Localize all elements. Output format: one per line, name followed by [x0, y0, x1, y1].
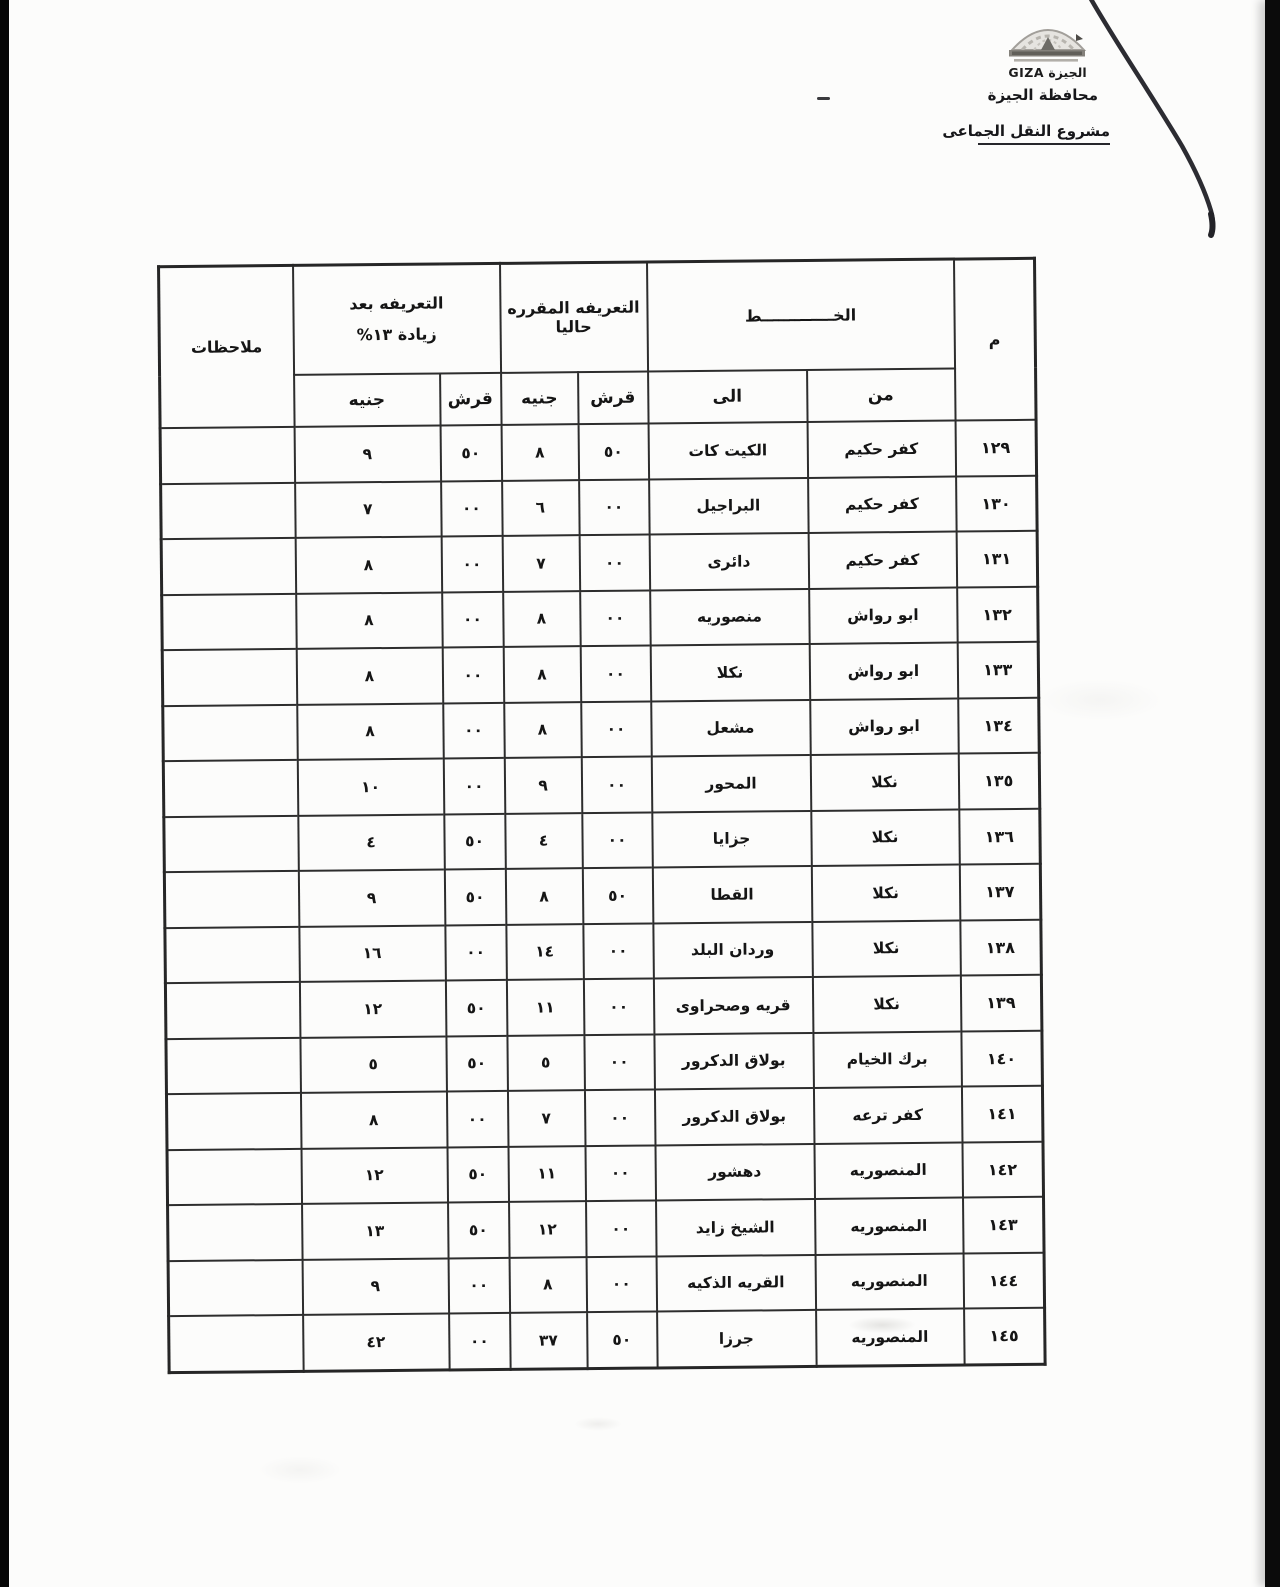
- table-row: ١٤٤ المنصوريه القريه الذكيه ٠٠ ٨ ٠٠ ٩: [168, 1252, 1044, 1316]
- notes-cell: [163, 704, 298, 761]
- from-cell: المنصوريه: [815, 1253, 964, 1310]
- from-cell: كفر حكيم: [808, 476, 957, 533]
- dash-mark: [817, 97, 830, 100]
- row-number-cell: ١٣١: [956, 531, 1038, 587]
- row-number-cell: ١٣٣: [957, 642, 1039, 698]
- governorate-title: محافظة الجيزة: [988, 86, 1098, 104]
- to-cell: البراجيل: [649, 477, 809, 534]
- current-pound-cell: ٧: [502, 535, 580, 591]
- new-pound-cell: ٩: [294, 425, 441, 482]
- table-row: ١٣٦ نكلا جزايا ٠٠ ٤ ٥٠ ٤: [164, 808, 1040, 872]
- current-pound-cell: ٨: [503, 591, 581, 647]
- new-qirsh-cell: ٠٠: [445, 924, 507, 980]
- table-row: ١٤١ كفر ترعه بولاق الدكرور ٠٠ ٧ ٠٠ ٨: [166, 1086, 1042, 1150]
- new-pound-cell: ١٣: [302, 1202, 449, 1259]
- new-qirsh-cell: ٠٠: [443, 758, 505, 814]
- notes-cell: [163, 760, 298, 817]
- current-pound-cell: ٨: [501, 424, 579, 480]
- to-cell: جرزا: [657, 1310, 817, 1368]
- to-cell: الشيخ زايد: [656, 1199, 816, 1256]
- new-qirsh-cell: ٠٠: [442, 647, 504, 703]
- current-pound-cell: ٣٧: [510, 1312, 588, 1369]
- from-cell: نكلا: [812, 976, 961, 1033]
- from-cell: ابو رواش: [810, 698, 959, 755]
- table-row: ١٣٩ نكلا قريه وصحراوى ٠٠ ١١ ٥٠ ١٢: [165, 975, 1041, 1039]
- notes-cell: [168, 1259, 303, 1316]
- current-qirsh-cell: ٠٠: [583, 923, 654, 979]
- header-qirsh-new: قرش: [440, 373, 501, 426]
- table-row: ١٤٢ المنصوريه دهشور ٠٠ ١١ ٥٠ ١٢: [167, 1141, 1043, 1205]
- current-pound-cell: ٨: [505, 868, 583, 924]
- current-qirsh-cell: ٥٠: [582, 867, 653, 923]
- header-notes: ملاحظات: [159, 265, 295, 428]
- new-pound-cell: ٤٢: [303, 1313, 450, 1370]
- table-row: ١٣١ كفر حكيم دائرى ٠٠ ٧ ٠٠ ٨: [161, 531, 1037, 595]
- new-pound-cell: ٨: [300, 1091, 447, 1148]
- new-pound-cell: ٨: [297, 703, 444, 760]
- header-no: م: [953, 258, 1036, 420]
- table-row: ١٣٠ كفر حكيم البراجيل ٠٠ ٦ ٠٠ ٧: [161, 475, 1037, 539]
- current-qirsh-cell: ٠٠: [582, 812, 653, 868]
- header-from: من: [807, 369, 955, 422]
- row-number-cell: ١٣٨: [960, 919, 1042, 975]
- new-pound-cell: ٤: [298, 814, 445, 871]
- row-number-cell: ١٤٥: [964, 1308, 1046, 1365]
- new-pound-cell: ١٢: [299, 980, 446, 1037]
- new-pound-cell: ٨: [296, 647, 443, 704]
- fare-table: م الخـــــــــــــط التعريفه المقرره حال…: [157, 257, 1047, 1374]
- row-number-cell: ١٣٧: [959, 864, 1041, 920]
- notes-cell: [166, 1037, 301, 1094]
- new-qirsh-cell: ٥٠: [444, 869, 506, 925]
- current-pound-cell: ١٤: [506, 924, 584, 980]
- notes-cell: [165, 926, 300, 983]
- to-cell: نكلا: [650, 644, 810, 701]
- header-new-tariff-line2: زيادة ١٣%: [296, 324, 497, 344]
- header-to: الى: [648, 370, 807, 424]
- current-qirsh-cell: ٠٠: [579, 479, 650, 535]
- notes-cell: [166, 1093, 301, 1150]
- current-qirsh-cell: ٠٠: [579, 534, 650, 590]
- to-cell: مشعل: [651, 699, 811, 756]
- row-number-cell: ١٤١: [961, 1086, 1043, 1142]
- current-qirsh-cell: ٠٠: [585, 1145, 656, 1201]
- row-number-cell: ١٢٩: [955, 420, 1037, 476]
- current-pound-cell: ١١: [508, 1146, 586, 1202]
- table-row: ١٣٧ نكلا القطا ٥٠ ٨ ٥٠ ٩: [164, 864, 1040, 928]
- from-cell: كفر ترعه: [813, 1087, 962, 1144]
- scan-edge-left: [0, 0, 9, 1587]
- notes-cell: [162, 649, 297, 706]
- new-qirsh-cell: ٥٠: [448, 1202, 510, 1258]
- new-qirsh-cell: ٥٠: [447, 1146, 509, 1202]
- new-qirsh-cell: ٠٠: [446, 1091, 508, 1147]
- new-qirsh-cell: ٥٠: [440, 425, 502, 481]
- new-qirsh-cell: ٠٠: [441, 480, 503, 536]
- row-number-cell: ١٤٣: [963, 1197, 1045, 1253]
- notes-cell: [164, 871, 299, 928]
- new-qirsh-cell: ٠٠: [442, 591, 504, 647]
- new-qirsh-cell: ٥٠: [444, 813, 506, 869]
- to-cell: دهشور: [655, 1143, 815, 1200]
- table-row: ١٣٨ نكلا وردان البلد ٠٠ ١٤ ٠٠ ١٦: [165, 919, 1041, 983]
- giza-logo-icon: [1004, 10, 1092, 64]
- new-pound-cell: ٥: [300, 1036, 447, 1093]
- current-qirsh-cell: ٠٠: [580, 590, 651, 646]
- notes-cell: [162, 593, 297, 650]
- row-number-cell: ١٤٢: [962, 1141, 1044, 1197]
- new-qirsh-cell: ٠٠: [441, 536, 503, 592]
- from-cell: نكلا: [811, 809, 960, 866]
- current-qirsh-cell: ٠٠: [584, 1089, 655, 1145]
- to-cell: بولاق الدكرور: [654, 1088, 814, 1145]
- logo-caption: الجيزة GIZA: [985, 65, 1110, 80]
- current-pound-cell: ٦: [502, 480, 580, 536]
- current-qirsh-cell: ٠٠: [584, 1034, 655, 1090]
- new-qirsh-cell: ٠٠: [448, 1257, 510, 1313]
- from-cell: المنصوريه: [815, 1198, 964, 1255]
- from-cell: المنصوريه: [814, 1142, 963, 1199]
- notes-cell: [160, 427, 295, 484]
- new-pound-cell: ٩: [302, 1258, 449, 1315]
- new-pound-cell: ١٠: [297, 758, 444, 815]
- table-row: ١٣٢ ابو رواش منصوريه ٠٠ ٨ ٠٠ ٨: [162, 586, 1038, 650]
- from-cell: كفر حكيم: [808, 532, 957, 589]
- header-pound-current: جنيه: [501, 372, 578, 425]
- header-pound-new: جنيه: [294, 373, 440, 426]
- row-number-cell: ١٤٠: [961, 1030, 1043, 1086]
- current-pound-cell: ٧: [507, 1090, 585, 1146]
- current-pound-cell: ٨: [504, 702, 582, 758]
- new-qirsh-cell: ٠٠: [449, 1313, 511, 1370]
- row-number-cell: ١٤٤: [963, 1252, 1045, 1308]
- current-qirsh-cell: ٠٠: [586, 1200, 657, 1256]
- new-pound-cell: ٨: [296, 592, 443, 649]
- new-pound-cell: ٨: [295, 536, 442, 593]
- giza-stamp: الجيزة GIZA: [985, 10, 1110, 80]
- row-number-cell: ١٣٩: [960, 975, 1042, 1031]
- table-row: ١٤٠ برك الخيام بولاق الدكرور ٠٠ ٥ ٥٠ ٥: [166, 1030, 1042, 1094]
- row-number-cell: ١٣٠: [956, 475, 1038, 531]
- scanned-page: { "page": { "logo_caption": "الجيزة GIZA…: [0, 0, 1280, 1587]
- to-cell: وردان البلد: [653, 921, 813, 978]
- new-pound-cell: ١٦: [299, 925, 446, 982]
- row-number-cell: ١٣٦: [959, 808, 1041, 864]
- to-cell: منصوريه: [650, 588, 810, 645]
- current-pound-cell: ٩: [504, 757, 582, 813]
- table-row: ١٣٣ ابو رواش نكلا ٠٠ ٨ ٠٠ ٨: [162, 642, 1038, 706]
- to-cell: القطا: [652, 866, 812, 923]
- row-number-cell: ١٣٢: [957, 586, 1039, 642]
- new-qirsh-cell: ٥٠: [445, 980, 507, 1036]
- to-cell: المحور: [651, 755, 811, 812]
- current-qirsh-cell: ٠٠: [583, 978, 654, 1034]
- notes-cell: [164, 815, 299, 872]
- header-current-tariff: التعريفه المقرره حاليا: [500, 262, 648, 373]
- row-number-cell: ١٣٤: [958, 697, 1040, 753]
- to-cell: الكيت كات: [648, 422, 808, 479]
- current-qirsh-cell: ٠٠: [586, 1256, 657, 1312]
- from-cell: المنصوريه: [816, 1309, 965, 1366]
- notes-cell: [167, 1148, 302, 1205]
- header-current-tariff-line2: حاليا: [503, 317, 644, 337]
- current-pound-cell: ١٢: [509, 1201, 587, 1257]
- new-qirsh-cell: ٠٠: [443, 702, 505, 758]
- from-cell: برك الخيام: [813, 1031, 962, 1088]
- current-qirsh-cell: ٠٠: [580, 645, 651, 701]
- to-cell: قريه وصحراوى: [653, 977, 813, 1034]
- from-cell: كفر حكيم: [807, 421, 956, 478]
- new-pound-cell: ٩: [298, 869, 445, 926]
- to-cell: بولاق الدكرور: [654, 1032, 814, 1089]
- table-row: ١٤٣ المنصوريه الشيخ زايد ٠٠ ١٢ ٥٠ ١٣: [168, 1197, 1044, 1261]
- notes-cell: [161, 482, 296, 539]
- current-qirsh-cell: ٥٠: [587, 1311, 658, 1368]
- table-row: ١٢٩ كفر حكيم الكيت كات ٥٠ ٨ ٥٠ ٩: [160, 420, 1036, 484]
- current-pound-cell: ١١: [506, 979, 584, 1035]
- current-qirsh-cell: ٠٠: [581, 701, 652, 757]
- current-pound-cell: ٨: [503, 646, 581, 702]
- header-qirsh-current: قرش: [578, 372, 648, 425]
- notes-cell: [168, 1204, 303, 1261]
- new-pound-cell: ١٢: [301, 1147, 448, 1204]
- from-cell: نكلا: [810, 754, 959, 811]
- to-cell: جزايا: [652, 810, 812, 867]
- table-row: ١٤٥ المنصوريه جرزا ٥٠ ٣٧ ٠٠ ٤٢: [169, 1308, 1045, 1372]
- to-cell: دائرى: [649, 533, 809, 590]
- fare-table-body: ١٢٩ كفر حكيم الكيت كات ٥٠ ٨ ٥٠ ٩ ١٣٠ كفر…: [160, 420, 1045, 1372]
- notes-cell: [169, 1315, 304, 1372]
- current-pound-cell: ٨: [509, 1257, 587, 1313]
- current-qirsh-cell: ٥٠: [578, 423, 649, 479]
- from-cell: نكلا: [812, 920, 961, 977]
- header-new-tariff: التعريفه بعد زيادة ١٣%: [293, 263, 501, 374]
- current-pound-cell: ٤: [505, 813, 583, 869]
- row-number-cell: ١٣٥: [958, 753, 1040, 809]
- table-row: ١٣٥ نكلا المحور ٠٠ ٩ ٠٠ ١٠: [163, 753, 1039, 817]
- fare-table-wrapper: م الخـــــــــــــط التعريفه المقرره حال…: [157, 257, 1044, 1374]
- current-pound-cell: ٥: [507, 1035, 585, 1091]
- new-pound-cell: ٧: [295, 481, 442, 538]
- from-cell: نكلا: [811, 865, 960, 922]
- header-new-tariff-line1: التعريفه بعد: [296, 294, 497, 314]
- new-qirsh-cell: ٥٠: [446, 1035, 508, 1091]
- from-cell: ابو رواش: [809, 587, 958, 644]
- from-cell: ابو رواش: [809, 643, 958, 700]
- to-cell: القريه الذكيه: [656, 1254, 816, 1311]
- notes-cell: [165, 982, 300, 1039]
- header-line: الخـــــــــــــط: [647, 259, 955, 371]
- current-qirsh-cell: ٠٠: [581, 756, 652, 812]
- scan-edge-right: [1265, 0, 1280, 1587]
- notes-cell: [161, 538, 296, 595]
- header-current-tariff-line1: التعريفه المقرره: [503, 299, 644, 319]
- table-row: ١٣٤ ابو رواش مشعل ٠٠ ٨ ٠٠ ٨: [163, 697, 1039, 761]
- project-title: مشروع النقل الجماعى: [978, 122, 1110, 145]
